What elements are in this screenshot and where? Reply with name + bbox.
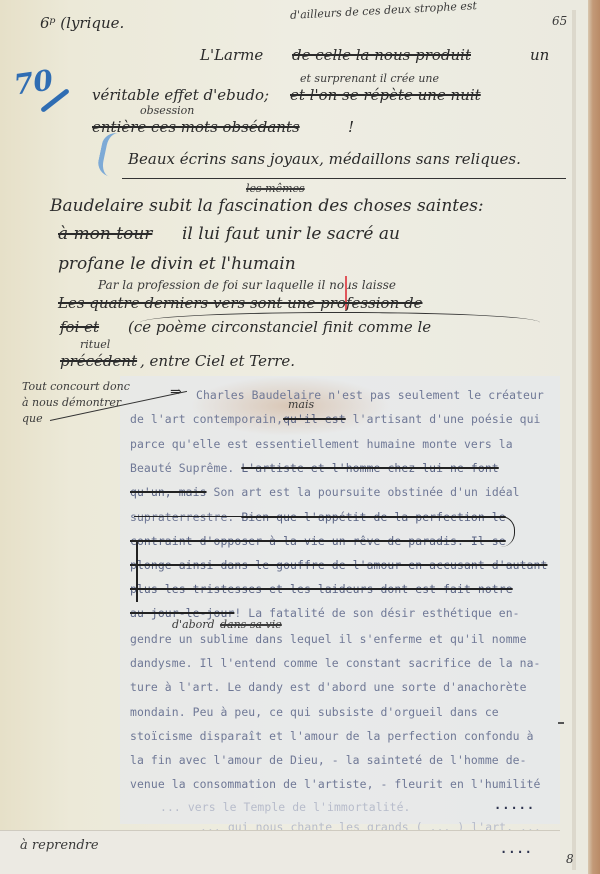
typed-struck-segment: L'artiste et l'homme chez lui ne font bbox=[241, 461, 498, 475]
typed-line: de l'art contemporain,qu'il est l'artisa… bbox=[130, 412, 541, 426]
typed-line: dandysme. Il l'entend comme le constant … bbox=[130, 656, 541, 670]
hw-line8-insert: Par la profession de foi sur laquelle il… bbox=[98, 278, 396, 292]
hw-line7: profane le divin et l'humain bbox=[58, 254, 296, 274]
hw-line9-struck: foi et bbox=[60, 318, 99, 336]
typed-line: stoïcisme disparaît et l'amour de la per… bbox=[130, 729, 534, 743]
margin-note-line-3: que bbox=[22, 412, 43, 425]
typed-struck-segment: qu'un, mais bbox=[130, 485, 207, 499]
folio-number: 8 bbox=[566, 852, 574, 866]
typed-line: Charles Baudelaire n'est pas seulement l… bbox=[196, 388, 544, 402]
typed-struck-segment: qu'il est bbox=[283, 412, 346, 426]
typed-ellipsis: .... bbox=[500, 842, 533, 856]
typed-segment: Beauté Suprême. bbox=[130, 461, 241, 475]
margin-note-a-reprendre: à reprendre bbox=[20, 838, 99, 853]
typed-line: qu'un, mais Son art est la poursuite obs… bbox=[130, 485, 520, 499]
deletion-bracket-left bbox=[136, 540, 138, 602]
typed-insert-handwritten-struck: dans sa vie bbox=[220, 618, 282, 631]
hw-line1-struck: de celle la nous produit bbox=[292, 46, 471, 64]
hw-line1-end: un bbox=[530, 46, 549, 64]
typed-insert-handwritten: d'abord bbox=[172, 618, 215, 631]
page-inner-border bbox=[572, 10, 576, 870]
margin-note-line-1: Tout concourt donc bbox=[22, 380, 130, 393]
page-number-corner: 65 bbox=[552, 14, 567, 28]
hw-line3-end: ! bbox=[348, 118, 354, 136]
hw-line10-struck: précédent bbox=[60, 352, 137, 370]
typed-line: plonge ainsi dans le gouffre de l'amour … bbox=[130, 558, 547, 572]
typed-line: mondain. Peu à peu, ce qui subsiste d'or… bbox=[130, 705, 499, 719]
hw-line9: (ce poème circonstanciel finit comme le bbox=[128, 318, 431, 336]
hw-line6: il lui faut unir le sacré au bbox=[182, 224, 400, 244]
hw-line1-prefix: 6ᵖ (lyrique. bbox=[40, 14, 124, 32]
hw-line3-struck: entière ces mots obsédants bbox=[92, 118, 300, 136]
typed-struck-segment: plus les tristesses et les laideurs dont… bbox=[130, 582, 513, 596]
blue-margin-number: 70 bbox=[12, 63, 55, 101]
hw-line2-main: véritable effet d'ebudo; bbox=[92, 86, 269, 104]
hw-line8-struck: Les quatre derniers vers sont une profes… bbox=[58, 294, 422, 312]
typed-segment: Son art est la poursuite obstinée d'un i… bbox=[207, 485, 520, 499]
deletion-bracket-top bbox=[134, 516, 515, 547]
hw-line10-insert: rituel bbox=[80, 338, 110, 351]
hw-line6-struck: à mon tour bbox=[58, 224, 152, 244]
hw-quote: Beaux écrins sans joyaux, médaillons san… bbox=[128, 150, 521, 168]
margin-dash-mark bbox=[558, 722, 564, 724]
typed-insert-handwritten: mais bbox=[288, 398, 314, 411]
typed-segment: un sublime dans lequel il s'enferme et q… bbox=[172, 632, 527, 646]
hw-line2-struck: et l'on se répète une nuit bbox=[290, 86, 481, 104]
typed-struck-segment: plonge ainsi dans le gouffre de l'amour … bbox=[130, 558, 547, 572]
hw-line10: , entre Ciel et Terre. bbox=[140, 352, 295, 370]
quote-underline bbox=[122, 178, 566, 179]
typed-ellipsis: ..... bbox=[494, 798, 535, 812]
typed-line: venue la consommation de l'artiste, - fl… bbox=[130, 777, 541, 791]
typed-line: parce qu'elle est essentiellement humain… bbox=[130, 437, 513, 451]
typed-line: la fin avec l'amour de Dieu, - la sainte… bbox=[130, 753, 527, 767]
hw-line1-main: L'Larme bbox=[200, 46, 263, 64]
typed-segment: l'artisant d'une poésie qui bbox=[346, 412, 541, 426]
page-edge bbox=[588, 0, 600, 874]
typed-segment: gendre bbox=[130, 632, 172, 646]
typed-line: ture à l'art. Le dandy est d'abord une s… bbox=[130, 680, 527, 694]
hw-line2-insert: et surprenant il crée une bbox=[300, 72, 439, 85]
hw-line3-insert: obsession bbox=[140, 104, 194, 117]
typed-line: plus les tristesses et les laideurs dont… bbox=[130, 582, 513, 596]
typed-line: gendre un sublime dans lequel il s'enfer… bbox=[130, 632, 527, 646]
hw-line5: Baudelaire subit la fascination des chos… bbox=[50, 196, 484, 216]
hw-line5-insert: les mêmes bbox=[246, 182, 305, 195]
typed-faint-line: ... vers le Temple de l'immortalité. bbox=[160, 800, 410, 814]
arrow-head-icon: ⇒ bbox=[170, 384, 182, 400]
typed-line: Beauté Suprême. L'artiste et l'homme che… bbox=[130, 461, 499, 475]
typed-segment: de l'art contemporain, bbox=[130, 412, 283, 426]
